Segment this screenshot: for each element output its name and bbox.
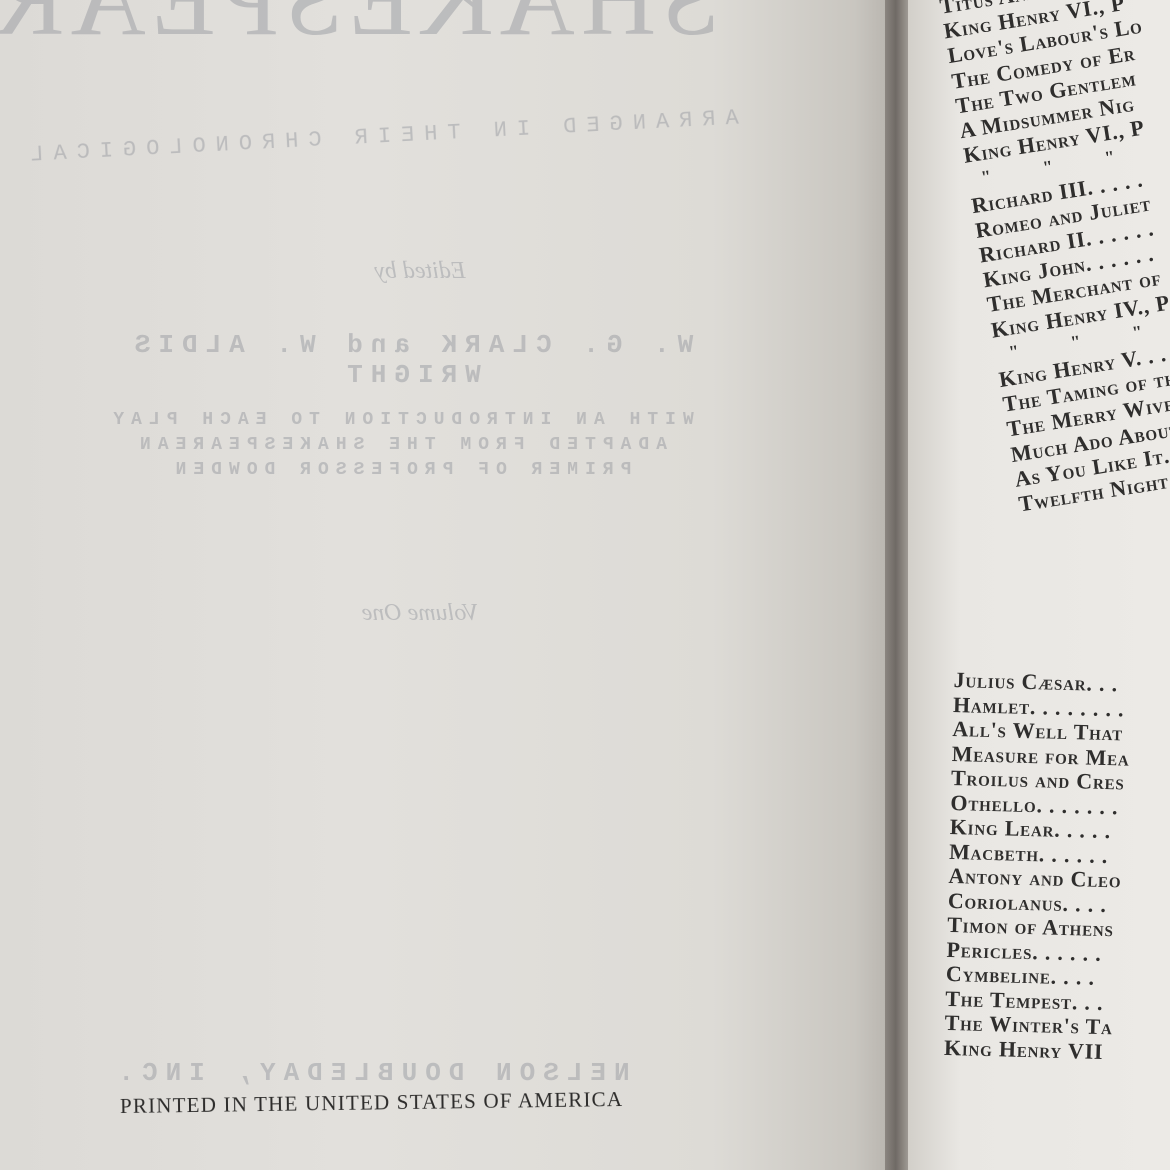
show-through-edited-by: Edited by: [170, 258, 670, 285]
show-through-text: SHAKESPEARE ARRANGED IN THEIR CHRONOLOGI…: [0, 0, 890, 1170]
show-through-intro-line: WITH AN INTRODUCTION TO EACH PLAY: [60, 408, 740, 433]
right-page-contents: Titus AndronicusKing Henry VI., PLove's …: [908, 0, 1170, 1170]
show-through-intro-line: ADAPTED FROM THE SHAKESPEAREAN: [60, 433, 740, 458]
show-through-publisher: NELSON DOUBLEDAY, INC.: [110, 1058, 630, 1088]
show-through-volume: Volume One: [170, 600, 670, 627]
show-through-editors: W. G. CLARK and W. ALDIS WRIGHT: [50, 330, 770, 390]
contents-list-1: Titus AndronicusKing Henry VI., PLove's …: [938, 0, 1170, 517]
book-gutter: [885, 0, 909, 1170]
show-through-title: SHAKESPEARE: [0, 0, 770, 59]
left-page: SHAKESPEARE ARRANGED IN THEIR CHRONOLOGI…: [0, 0, 890, 1170]
contents-entry: King Henry VII: [944, 1035, 1122, 1064]
show-through-subtitle: ARRANGED IN THEIR CHRONOLOGICAL ORDER: [0, 104, 760, 176]
show-through-intro-line: PRIMER OF PROFESSOR DOWDEN: [60, 458, 740, 483]
contents-list-2: Julius Cæsar. . .Hamlet. . . . . . . .Al…: [944, 668, 1132, 1065]
show-through-intro: WITH AN INTRODUCTION TO EACH PLAY ADAPTE…: [60, 408, 740, 483]
